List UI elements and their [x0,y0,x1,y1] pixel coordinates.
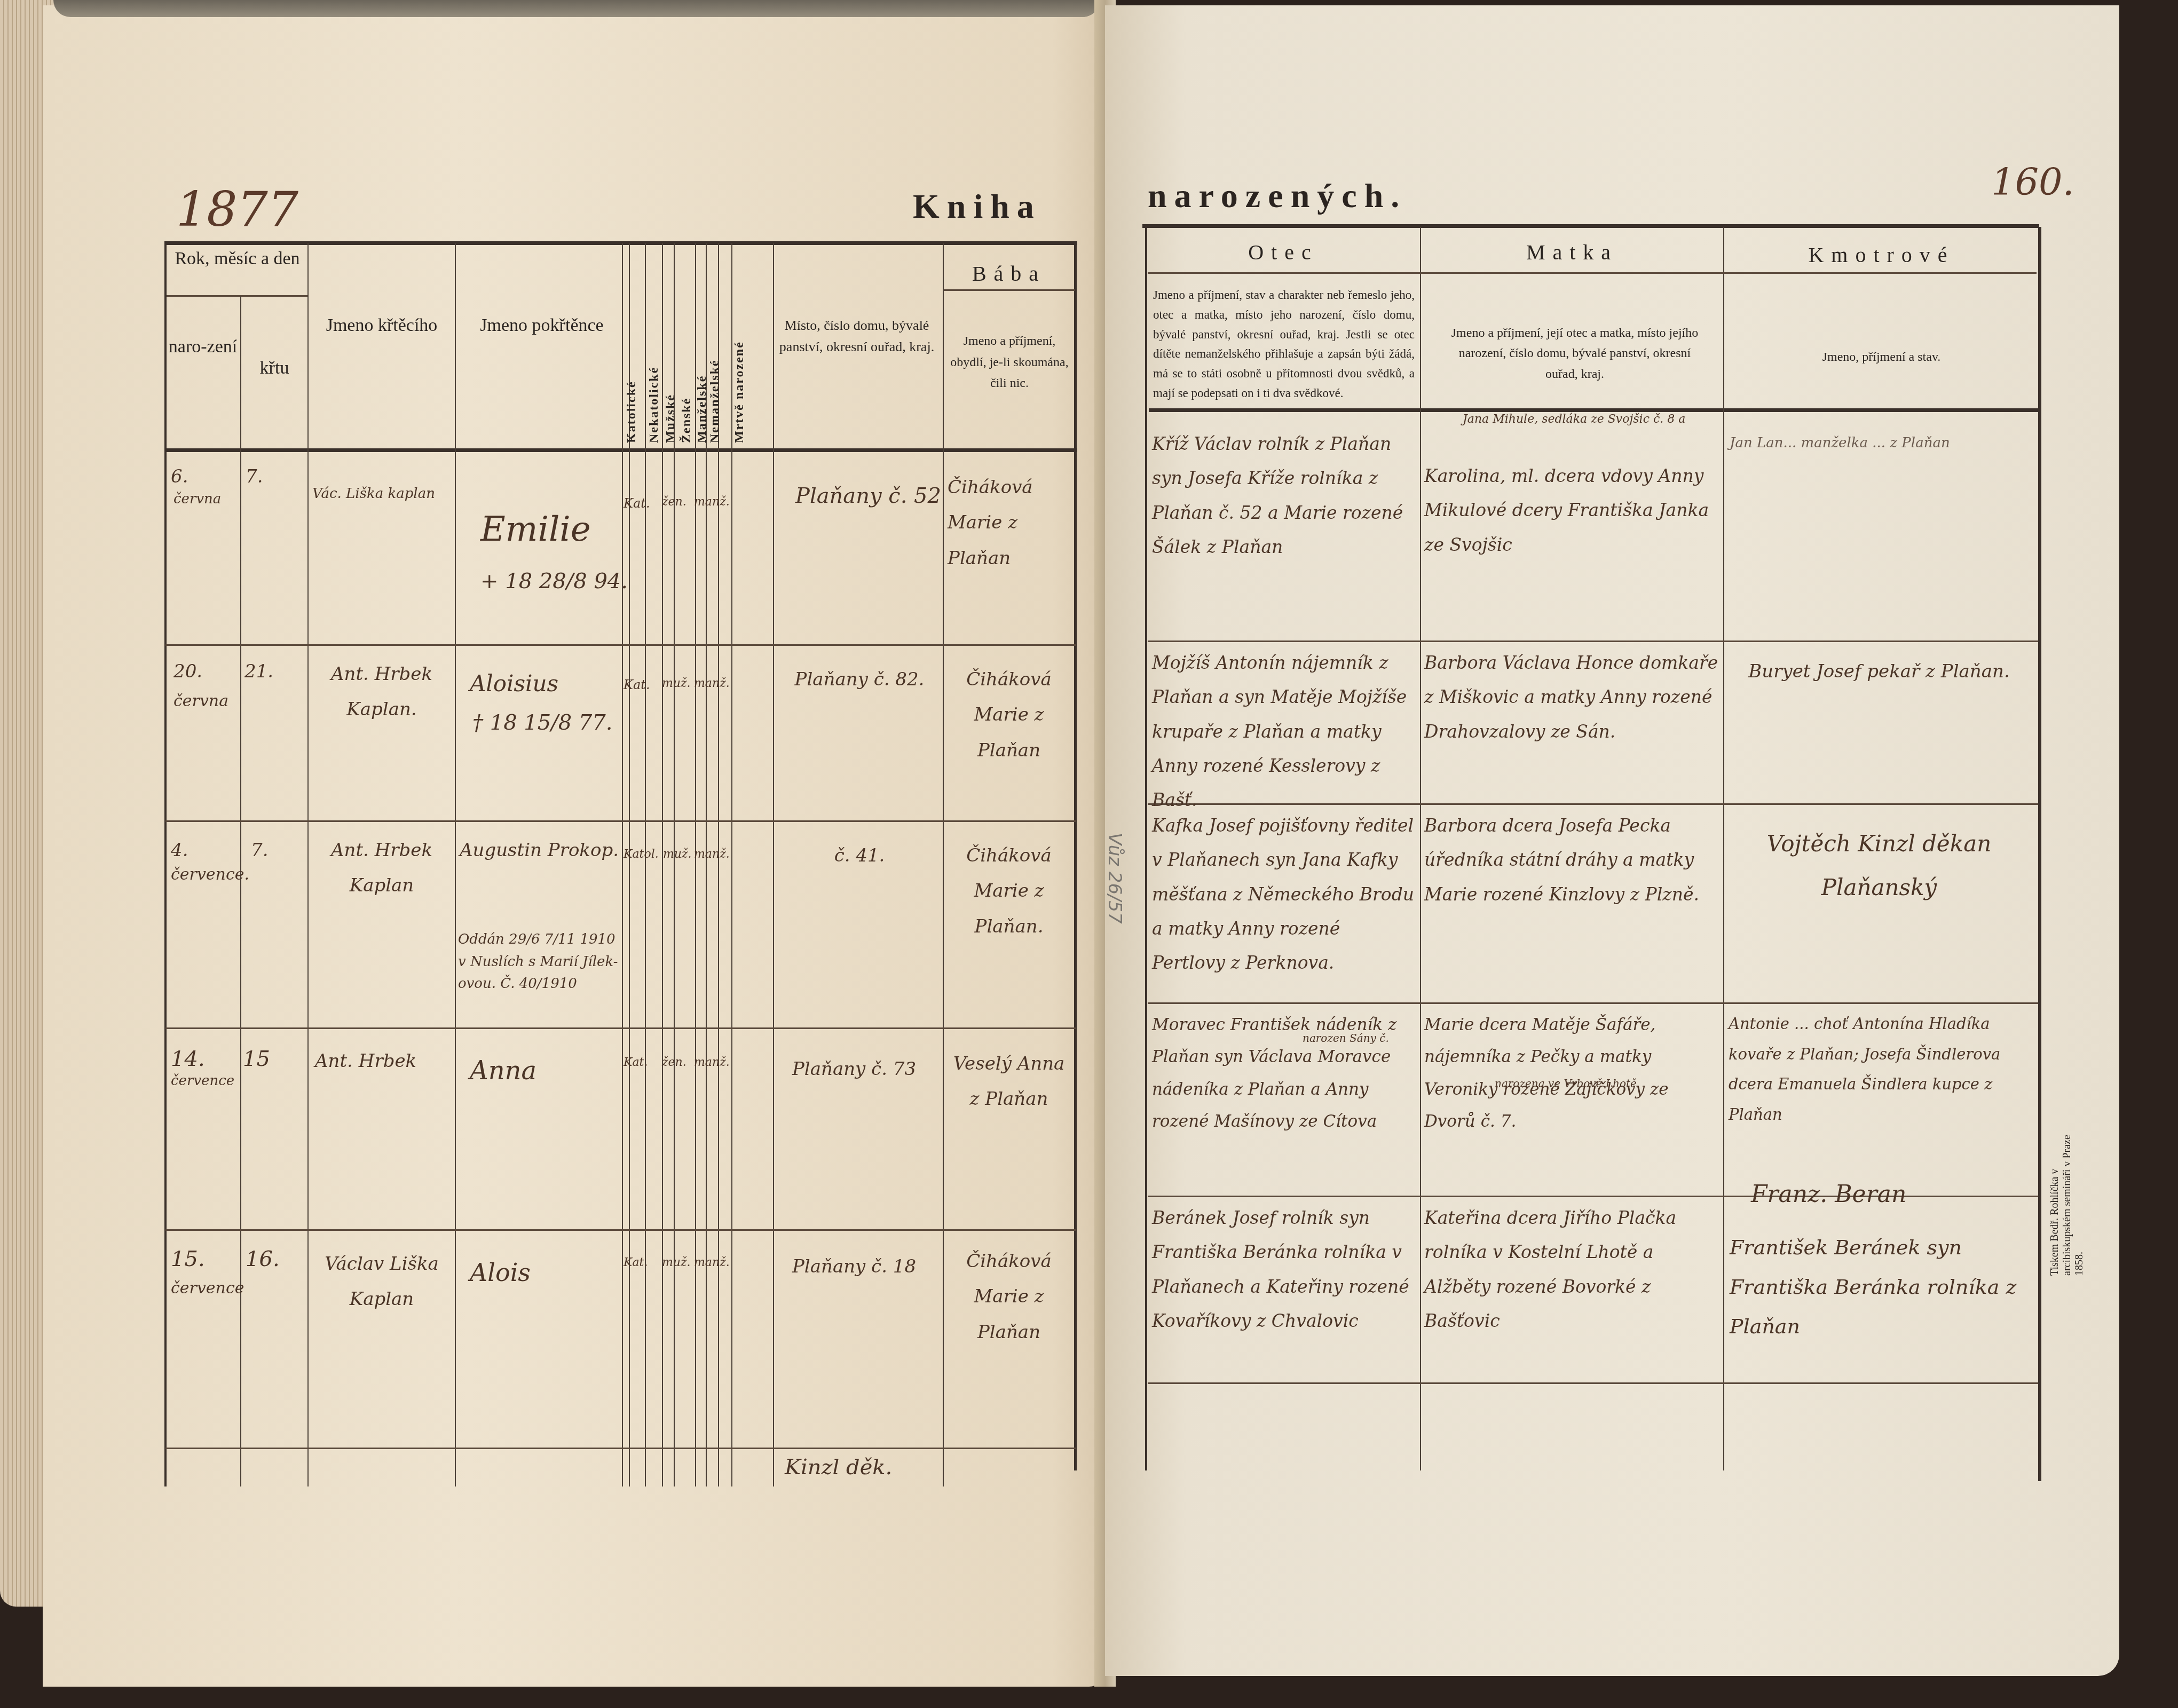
row1-kmotrove: Jan Lan... manželka ... z Plaňan [1730,430,2034,457]
row2-manzelske: manž. [694,673,730,695]
header-kmotrove-sub: Jmeno, příjmení a stav. [1725,347,2038,367]
header-manzelske: Manželské [695,352,709,443]
row2-nabozenstvi: Kat. [624,673,650,698]
row1-nabozenstvi: Kat. [624,491,650,516]
rule [622,243,623,1486]
row5-mesic: července [171,1273,244,1304]
header-misto: Místo, číslo domu, bývalé panství, okres… [777,315,937,358]
row1-krtu: 7. [246,459,263,494]
row1-baba: Čiháková Marie z Plaňan [948,470,1070,576]
row1-krtici: Vác. Liška kaplan [312,480,451,508]
header-matka-sub: Jmeno a příjmení, její otec a matka, mís… [1441,323,1708,384]
rule [167,295,308,297]
rule [944,289,1075,291]
header-mrtve-narozene: Mrtvě narozené [732,310,747,443]
row2-krtu: 21. [244,654,273,689]
header-otec-sub: Jmeno a příjmení, stav a charakter neb ř… [1153,286,1415,404]
header-jmeno-krticiho: Jmeno křtěcího [320,315,443,336]
row1-mesic: června [173,486,221,513]
margin-note-pencil: Vůz 26/57 [1104,833,1125,924]
row5-nabozenstvi: Kat. [624,1252,648,1275]
row5-kmotrove-top: Franz. Beran [1751,1172,1906,1217]
row-separator [1148,1382,2038,1384]
rule [1420,227,1421,1470]
row2-pohlavi: muž. [662,673,691,695]
row-separator [165,1448,1076,1449]
row3-kmotrove: Vojtěch Kinzl děkan Plaňanský [1727,822,2031,910]
header-jmeno-pokrtence: Jmeno pokřtěnce [470,315,614,336]
header-baba: Bába [945,262,1073,286]
row5-matka: Kateřina dcera Jiřího Plačka rolníka v K… [1424,1201,1721,1338]
row2-pokrtenec: Aloisius [470,662,558,706]
row3-mesic: července. [171,859,249,891]
row1-otec: Kříž Václav rolník z Plaňan syn Josefa K… [1152,427,1416,564]
year-handwritten: 1877 [176,181,298,238]
row4-misto: Plaňany č. 73 [785,1051,924,1087]
row1-misto: Plaňany č. 52 [795,475,941,517]
table-top-border [1142,224,2039,228]
row5-misto: Plaňany č. 18 [785,1249,924,1284]
row3-krtu: 7. [251,833,268,868]
row1-manzelske: manž. [694,491,730,514]
row5-pohlavi: muž. [662,1252,691,1275]
table-top-border [164,241,1077,245]
row5-pokrtenec: Alois [470,1249,531,1297]
table-right-border [2038,227,2041,1481]
row3-manzelske: manž. [694,843,730,866]
row3-baba: Čiháková Marie z Plaňan. [948,838,1070,944]
header-katolicke: Katolické [625,331,639,443]
title-right: narozených. [1148,176,1407,216]
row4-baba: Veselý Anna z Plaňan [948,1046,1070,1117]
row2-baba: Čiháková Marie z Plaňan [948,662,1070,768]
header-otec: Otec [1148,240,1419,265]
page-number: 160. [1991,160,2074,204]
top-binding [53,0,1100,17]
row4-matka-insert: narozena ve Vrbově Lhotě [1495,1078,1637,1089]
rule [943,243,944,1486]
row3-krtici: Ant. Hrbek Kaplan [312,833,451,904]
row1-matka: Karolina, ml. dcera vdovy Anny Mikulové … [1424,459,1721,562]
row5-otec: Beránek Josef rolník syn Františka Berán… [1152,1201,1416,1338]
printer-imprint: Tiskem Bedř. Rohlíčka v arcibiskupském s… [2049,1121,2086,1276]
row2-krtici: Ant. Hrbek Kaplan. [312,657,451,728]
row3-matka: Barbora dcera Josefa Pecka úředníka stát… [1424,809,1721,912]
rule [240,296,241,1486]
row4-pohlavi: žen. [662,1051,686,1074]
row5-krtu: 16. [246,1238,280,1280]
row-separator [165,1027,1076,1029]
row5-krtici: Václav Liška Kaplan [312,1246,451,1317]
row2-kmotrove: Buryet Josef pekař z Plaňan. [1727,654,2031,689]
row-separator [165,644,1076,646]
rule [773,243,774,1486]
row4-manzelske: manž. [694,1051,730,1074]
header-krtu: křtu [241,358,307,378]
header-rok-mesic-den: Rok, měsíc a den [167,248,308,269]
row-separator [1148,1002,2038,1004]
row5-baba: Čiháková Marie z Plaňan [948,1244,1070,1350]
row1-pokrtenec: Emilie [480,496,591,563]
row1-matka-insert: Jana Mihule, sedláka ze Svojšic č. 8 a [1463,414,1685,425]
row4-matka: Marie dcera Matěje Šafáře, nájemníka z P… [1424,1009,1721,1138]
rule [1723,227,1724,1470]
row4-otec-insert: narozen Sány č. [1303,1033,1389,1043]
background [2122,0,2178,1708]
row3-otec: Kafka Josef pojišťovny ředitel v Plaňane… [1152,809,1416,980]
row4-krtici: Ant. Hrbek [315,1043,416,1079]
row3-pokrtenec: Augustin Prokop. [459,833,619,868]
row2-misto: Plaňany č. 82. [785,662,934,697]
row1-pohlavi: žen. [662,491,686,514]
row2-otec: Mojžíš Antonín nájemník z Plaňan a syn M… [1152,646,1416,818]
signature: Kinzl děk. [785,1446,892,1488]
header-bottom-border [164,448,1077,452]
header-narozeni: naro-zení [167,336,239,357]
header-muzske: Mužské [664,374,678,443]
row3-note: Oddán 29/6 7/11 1910 v Nuslích s Marií J… [458,929,618,995]
row4-pokrtenec: Anna [470,1046,536,1096]
row3-misto: č. 41. [785,838,934,873]
title-left: Kniha [913,187,1041,226]
row5-manzelske: manž. [694,1252,730,1275]
row2-mesic: června [173,686,228,717]
header-kmotrove: Kmotrové [1725,243,2038,267]
rule [455,243,456,1486]
rule [1148,272,2037,274]
row-separator [165,820,1076,822]
row2-matka: Barbora Václava Honce domkaře z Miškovic… [1424,646,1721,749]
row3-nabozenstvi: Katol. [624,843,659,866]
header-bottom-border [1149,408,2040,412]
row4-otec: Moravec František nádeník z Plaňan syn V… [1152,1009,1416,1138]
header-matka: Matka [1423,240,1722,265]
row-separator [1148,640,2038,642]
row4-krtu: 15 [243,1038,270,1080]
table-right-border [1074,243,1077,1470]
rule [307,243,309,1486]
row2-narozeni: 20. [173,654,202,689]
row5-kmotrove: František Beránek syn Františka Beránka … [1730,1228,2034,1346]
header-zenske: Ženské [680,374,694,443]
row-separator [165,1229,1076,1231]
row1-note: + 18 28/8 94. [480,560,628,602]
register-spread: 1877 Kniha [0,0,2178,1708]
header-baba-sub: Jmeno a příjmení, obydlí, je-li skoumána… [946,331,1073,394]
row4-nabozenstvi: Kat. [624,1051,648,1074]
table-left-border [164,243,167,1486]
header-nemanzelske: Nemanželské [708,331,722,443]
row3-pohlavi: muž. [663,843,692,866]
row4-kmotrove: Antonie ... choť Antonína Hladíka kovaře… [1729,1009,2035,1129]
row4-mesic: července [171,1067,234,1095]
row2-note: † 18 15/8 77. [472,702,612,744]
table-left-border [1145,227,1147,1470]
header-nekatolicke: Nekatolické [647,331,661,443]
